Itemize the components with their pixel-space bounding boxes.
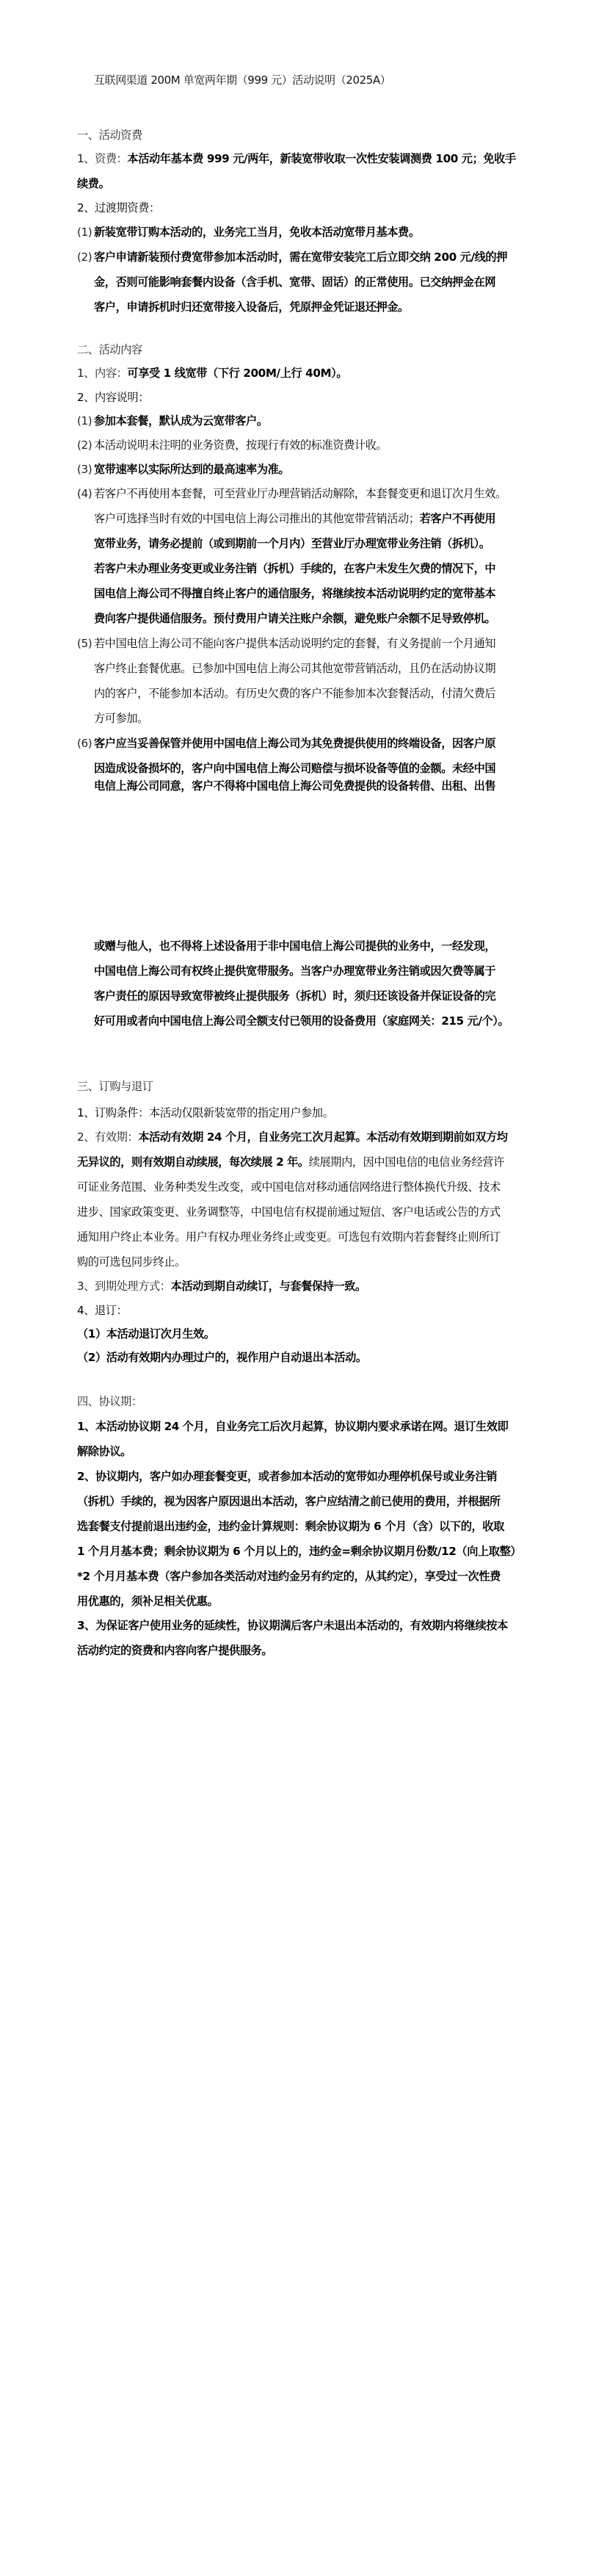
content-point-2: (2) 本活动说明未注明的业务资费，按现行有效的标准资费计收。: [77, 438, 92, 452]
content-point-5-cont-3: 方可参加。: [94, 711, 148, 726]
order-item-2-text: 本活动有效期 24 个月，自业务完工次月起算。本活动有效期到期前如双方均: [138, 1130, 507, 1144]
order-sub-1: （1）本活动退订次月生效。: [77, 1327, 215, 1341]
fees-item-1-cont: 续费。: [77, 176, 109, 191]
order-item-2-cont-3: 进步、国家政策变更、业务调整等，中国电信有权提前通过短信、客户电话或公告的方式: [77, 1205, 501, 1219]
fees-sub-2-cont-1: 金，否则可能影响套餐内设备（含手机、宽带、固话）的正常使用。已交纳押金在网: [94, 275, 495, 289]
content-point-6-cont-5: 客户责任的原因导致宽带被终止提供服务（拆机）时，须归还该设备并保证设备的完: [94, 989, 495, 1003]
section-heading-fees: 一、活动资费: [77, 128, 142, 142]
section-heading-agreement: 四、协议期：: [77, 1394, 142, 1409]
order-item-2-cont-5: 购的可选包同步终止。: [77, 1255, 186, 1269]
content-point-6-cont-1: 因造成设备损坏的，客户向中国电信上海公司赔偿与损坏设备等值的金额。未经中国: [94, 761, 495, 776]
order-item-3-label: 3、到期处理方式：: [77, 1280, 171, 1293]
content-point-4-cont-1-normal: 客户可选择当时有效的中国电信上海公司推出的其他宽带营销活动；: [94, 512, 420, 525]
fees-item-1-label: 1、资费：: [77, 152, 127, 165]
order-item-2-label: 2、有效期：: [77, 1130, 138, 1144]
agreement-item-1: 1、本活动协议期 24 个月，自业务完工后次月起算，协议期内要求承诺在网。退订生…: [77, 1419, 508, 1434]
fees-item-1: 1、资费：本活动年基本费 999 元/两年，新装宽带收取一次性安装调测费 100…: [77, 151, 516, 166]
order-item-4-label: 4、退订：: [77, 1303, 127, 1318]
agreement-item-2-cont-3: 1 个月月基本费；剩余协议期为 6 个月以上的，违约金=剩余协议期月份数/12（…: [77, 1544, 521, 1559]
section-heading-content: 二、活动内容: [77, 342, 142, 357]
order-item-2-cont-2: 可证业务范围、业务种类发生改变，或中国电信对移动通信网络进行整体换代升级、技术: [77, 1180, 501, 1194]
content-point-2-num: (2): [77, 439, 92, 452]
agreement-item-1-cont: 解除协议。: [77, 1444, 131, 1459]
content-point-6-cont-3: 或赠与他人，也不得将上述设备用于非中国电信上海公司提供的业务中，一经发现，: [94, 939, 495, 953]
content-point-4-cont-5: 费向客户提供通信服务。预付费用户请关注账户余额，避免账户余额不足导致停机。: [94, 611, 495, 626]
content-point-6-cont-6: 好可用或者向中国电信上海公司全额支付已领用的设备费用（家庭网关：215 元/个）…: [94, 1014, 509, 1028]
content-point-4-cont-1: 客户可选择当时有效的中国电信上海公司推出的其他宽带营销活动；若客户不再使用: [94, 511, 495, 526]
content-point-4: (4) 若客户不再使用本套餐，可至营业厅办理营销活动解除，本套餐变更和退订次月生…: [77, 486, 92, 501]
content-point-4-cont-4: 国电信上海公司不得擅自终止客户的通信服务，将继续按本活动说明约定的宽带基本: [94, 586, 495, 601]
fees-sub-2-cont-2: 客户，申请拆机时归还宽带接入设备后，凭原押金凭证退还押金。: [94, 300, 409, 314]
content-point-3-num: (3): [77, 463, 92, 476]
document-title: 互联网渠道 200M 单宽两年期（999 元）活动说明（2025A）: [94, 73, 390, 87]
content-point-6-cont-4: 中国电信上海公司有权终止提供宽带服务。当客户办理宽带业务注销或因欠费等属于: [94, 964, 495, 978]
content-item-1-label: 1、内容：: [77, 367, 127, 380]
order-item-2: 2、有效期：本活动有效期 24 个月，自业务完工次月起算。本活动有效期到期前如双…: [77, 1130, 508, 1144]
content-item-1-text: 可享受 1 线宽带（下行 200M/上行 40M）。: [127, 367, 347, 380]
content-point-6: (6) 客户应当妥善保管并使用中国电信上海公司为其免费提供使用的终端设备，因客户…: [77, 736, 92, 751]
fees-sub-1: (1) 新装宽带订购本活动的，业务完工当月，免收本活动宽带月基本费。: [77, 225, 92, 239]
fees-sub-1-text: 新装宽带订购本活动的，业务完工当月，免收本活动宽带月基本费。: [94, 225, 420, 239]
agreement-item-3-cont: 活动约定的资费和内容向客户提供服务。: [77, 1643, 272, 1658]
content-point-2-text: 本活动说明未注明的业务资费，按现行有效的标准资费计收。: [94, 438, 387, 452]
order-sub-2: （2）活动有效期内办理过户的，视作用户自动退出本活动。: [77, 1350, 367, 1365]
order-item-2-cont-1-bold: 无异议的，则有效期自动续展，每次续展 2 年。: [77, 1155, 309, 1169]
order-item-2-cont-1: 无异议的，则有效期自动续展，每次续展 2 年。续展期内，因中国电信的电信业务经营…: [77, 1155, 504, 1169]
content-point-4-cont-3: 若客户未办理业务变更或业务注销（拆机）手续的，在客户未发生欠费的情况下，中: [94, 561, 495, 576]
fees-sub-2-num: (2): [77, 250, 92, 264]
content-point-4-text: 若客户不再使用本套餐，可至营业厅办理营销活动解除，本套餐变更和退订次月生效。: [94, 486, 506, 501]
agreement-item-2: 2、协议期内，客户如办理套餐变更，或者参加本活动的宽带如办理停机保号或业务注销: [77, 1469, 497, 1484]
content-point-1-num: (1): [77, 414, 92, 427]
agreement-item-2-cont-1: （拆机）手续的，视为因客户原因退出本活动，客户应结清之前已使用的费用，并根据所: [77, 1494, 501, 1509]
content-point-6-cont-2: 电信上海公司同意，客户不得将中国电信上海公司免费提供的设备转借、出租、出售: [94, 779, 495, 793]
fees-item-1-text: 本活动年基本费 999 元/两年，新装宽带收取一次性安装调测费 100 元；免收…: [127, 152, 515, 165]
fees-sub-2-text: 客户申请新装预付费宽带参加本活动时，需在宽带安装完工后立即交纳 200 元/线的…: [94, 250, 507, 264]
content-point-3: (3) 宽带速率以实际所达到的最高速率为准。: [77, 462, 92, 477]
content-point-4-cont-1-bold: 若客户不再使用: [420, 512, 496, 525]
content-point-6-text: 客户应当妥善保管并使用中国电信上海公司为其免费提供使用的终端设备，因客户原: [94, 736, 495, 751]
agreement-item-2-cont-5: 用优惠的，须补足相关优惠。: [77, 1594, 218, 1609]
order-item-1: 1、订购条件：本活动仅限新装宽带的指定用户参加。: [77, 1105, 333, 1120]
order-item-2-cont-1-normal: 续展期内，因中国电信的电信业务经营许: [309, 1155, 504, 1169]
fees-sub-2: (2) 客户申请新装预付费宽带参加本活动时，需在宽带安装完工后立即交纳 200 …: [77, 250, 92, 264]
content-point-3-text: 宽带速率以实际所达到的最高速率为准。: [94, 462, 289, 477]
order-item-3-text: 本活动到期自动续订，与套餐保持一致。: [171, 1280, 366, 1293]
content-point-5-text: 若中国电信上海公司不能向客户提供本活动说明约定的套餐，有义务提前一个月通知: [94, 636, 495, 651]
fees-item-2-label: 2、过渡期资费：: [77, 201, 160, 215]
agreement-item-2-cont-4: *2 个月月基本费（客户参加各类活动对违约金另有约定的，从其约定），享受过一次性…: [77, 1569, 501, 1584]
content-point-5-cont-1: 客户终止套餐优惠。已参加中国电信上海公司其他宽带营销活动，且仍在活动协议期: [94, 661, 495, 676]
content-point-5-num: (5): [77, 637, 92, 650]
content-point-5-cont-2: 内的客户，不能参加本活动。有历史欠费的客户不能参加本次套餐活动，付清欠费后: [94, 686, 495, 701]
content-item-2-label: 2、内容说明：: [77, 390, 149, 405]
fees-sub-1-num: (1): [77, 226, 92, 239]
content-point-5: (5) 若中国电信上海公司不能向客户提供本活动说明约定的套餐，有义务提前一个月通…: [77, 636, 92, 651]
order-item-2-cont-4: 通知用户终止本业务。用户有权办理业务终止或变更。可选包有效期内若套餐终止则所订: [77, 1230, 501, 1244]
content-point-1-text: 参加本套餐，默认成为云宽带客户。: [94, 414, 268, 428]
content-item-1: 1、内容：可享受 1 线宽带（下行 200M/上行 40M）。: [77, 366, 347, 380]
content-point-1: (1) 参加本套餐，默认成为云宽带客户。: [77, 414, 92, 428]
agreement-item-2-cont-2: 选套餐支付提前退出违约金，违约金计算规则：剩余协议期为 6 个月（含）以下的，收…: [77, 1519, 504, 1534]
order-item-3: 3、到期处理方式：本活动到期自动续订，与套餐保持一致。: [77, 1279, 366, 1294]
content-point-4-cont-2: 宽带业务，请务必提前（或到期前一个月内）至营业厅办理宽带业务注销（拆机）。: [94, 536, 490, 551]
section-heading-order: 三、订购与退订: [77, 1079, 153, 1094]
content-point-4-num: (4): [77, 487, 92, 500]
content-point-6-num: (6): [77, 737, 92, 750]
agreement-item-3: 3、为保证客户使用业务的延续性，协议期满后客户未退出本活动的，有效期内将继续按本: [77, 1618, 508, 1633]
